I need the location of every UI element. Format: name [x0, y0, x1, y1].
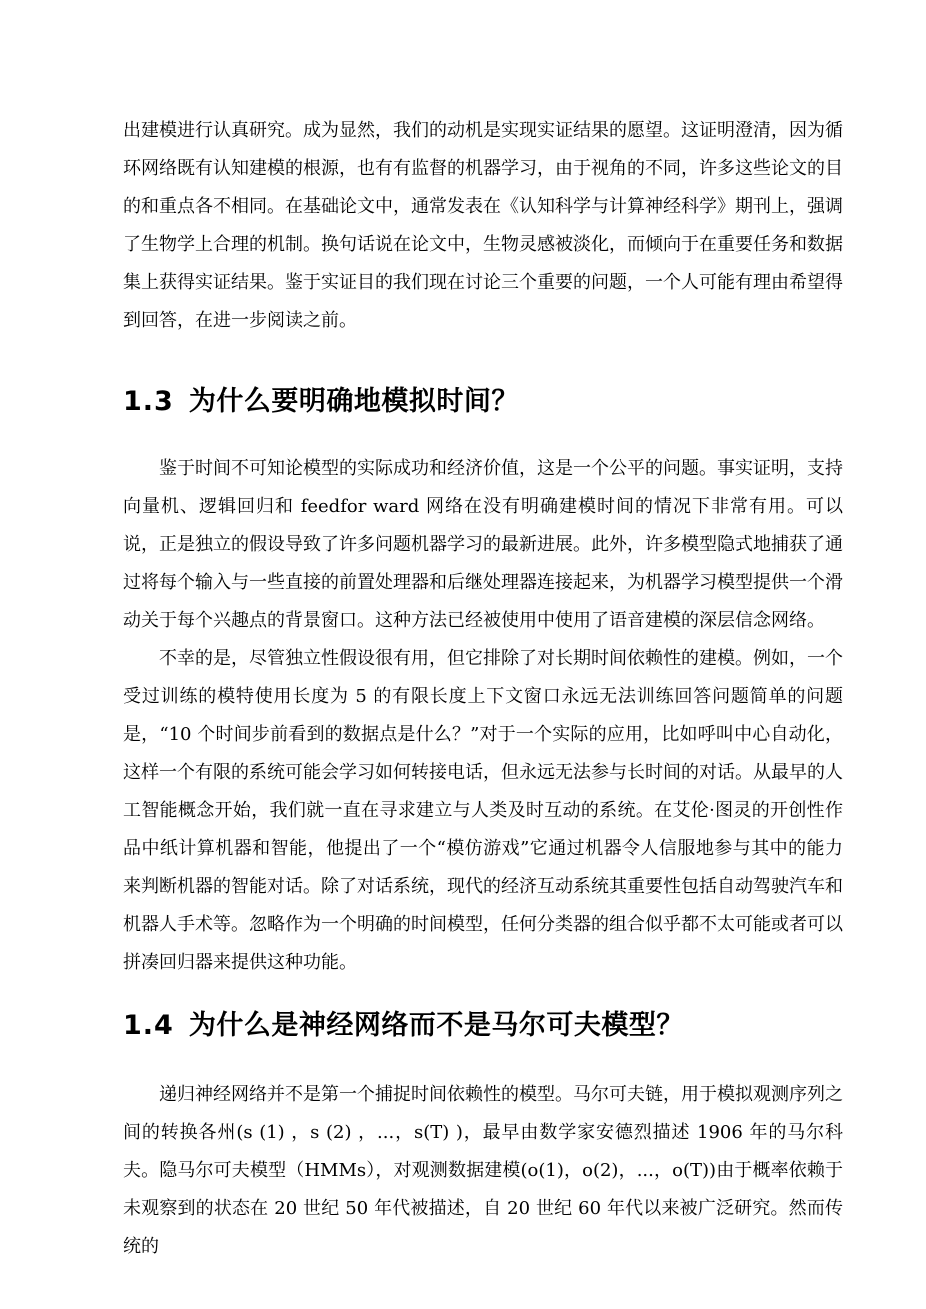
section-1-3-paragraph-2: 不幸的是，尽管独立性假设很有用，但它排除了对长期时间依赖性的建模。例如，一个受过… — [123, 640, 843, 982]
section-1-4-title: 为什么是神经网络而不是马尔可夫模型？ — [189, 1006, 684, 1046]
intro-paragraph: 出建模进行认真研究。成为显然，我们的动机是实现实证结果的愿望。这证明澄清，因为循… — [123, 112, 843, 340]
section-1-3-title: 为什么要明确地模拟时间？ — [189, 382, 519, 422]
section-heading-1-4: 1.4 为什么是神经网络而不是马尔可夫模型？ — [123, 1006, 843, 1046]
section-1-3-number: 1.3 — [123, 382, 174, 422]
section-1-4-paragraph-1: 递归神经网络并不是第一个捕捉时间依赖性的模型。马尔可夫链，用于模拟观测序列之间的… — [123, 1076, 843, 1266]
document-page: 出建模进行认真研究。成为显然，我们的动机是实现实证结果的愿望。这证明澄清，因为循… — [0, 0, 926, 1309]
section-heading-1-3: 1.3 为什么要明确地模拟时间？ — [123, 382, 843, 422]
section-1-3-paragraph-1: 鉴于时间不可知论模型的实际成功和经济价值，这是一个公平的问题。事实证明，支持向量… — [123, 450, 843, 640]
section-1-4-number: 1.4 — [123, 1006, 174, 1046]
